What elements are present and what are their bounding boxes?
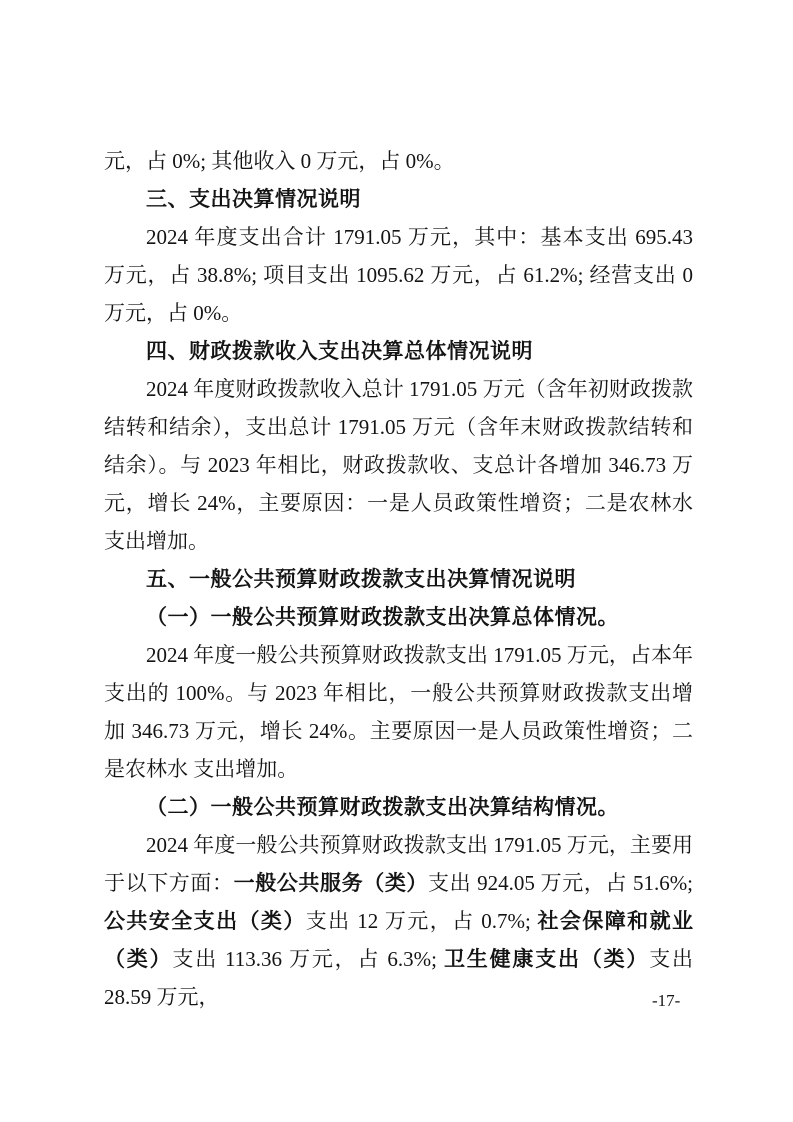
section-heading-expenditure: 三、支出决算情况说明 [104,180,693,218]
paragraph-income-continuation: 元，占 0%; 其他收入 0 万元，占 0%。 [104,142,693,180]
text-run-public-security: 公共安全支出（类） [104,909,306,933]
page-content: 元，占 0%; 其他收入 0 万元，占 0%。 三、支出决算情况说明 2024 … [104,142,693,1016]
paragraph-expenditure-structure: 2024 年度一般公共预算财政拨款支出 1791.05 万元，主要用于以下方面：… [104,826,693,1016]
page-number: -17- [652,990,680,1012]
sub-heading-overall-situation: （一）一般公共预算财政拨款支出决算总体情况。 [104,598,693,636]
text-run: 支出 113.36 万元，占 6.3%; [172,947,444,971]
paragraph-general-budget-overall: 2024 年度一般公共预算财政拨款支出 1791.05 万元，占本年支出的 10… [104,636,693,788]
section-heading-fiscal-appropriation: 四、财政拨款收入支出决算总体情况说明 [104,332,693,370]
text-run: 支出 12 万元，占 0.7%; [306,909,538,933]
section-heading-general-public-budget: 五、一般公共预算财政拨款支出决算情况说明 [104,560,693,598]
paragraph-fiscal-appropriation-summary: 2024 年度财政拨款收入总计 1791.05 万元（含年初财政拨款结转和结余）… [104,370,693,560]
paragraph-expenditure-summary: 2024 年度支出合计 1791.05 万元，其中：基本支出 695.43 万元… [104,218,693,332]
text-run: 支出 924.05 万元，占 51.6%; [428,871,693,895]
text-run-general-public-services: 一般公共服务（类） [234,871,428,895]
document-page: 元，占 0%; 其他收入 0 万元，占 0%。 三、支出决算情况说明 2024 … [0,0,793,1122]
text-run-health: 卫生健康支出（类） [444,947,649,971]
sub-heading-structure-situation: （二）一般公共预算财政拨款支出决算结构情况。 [104,788,693,826]
